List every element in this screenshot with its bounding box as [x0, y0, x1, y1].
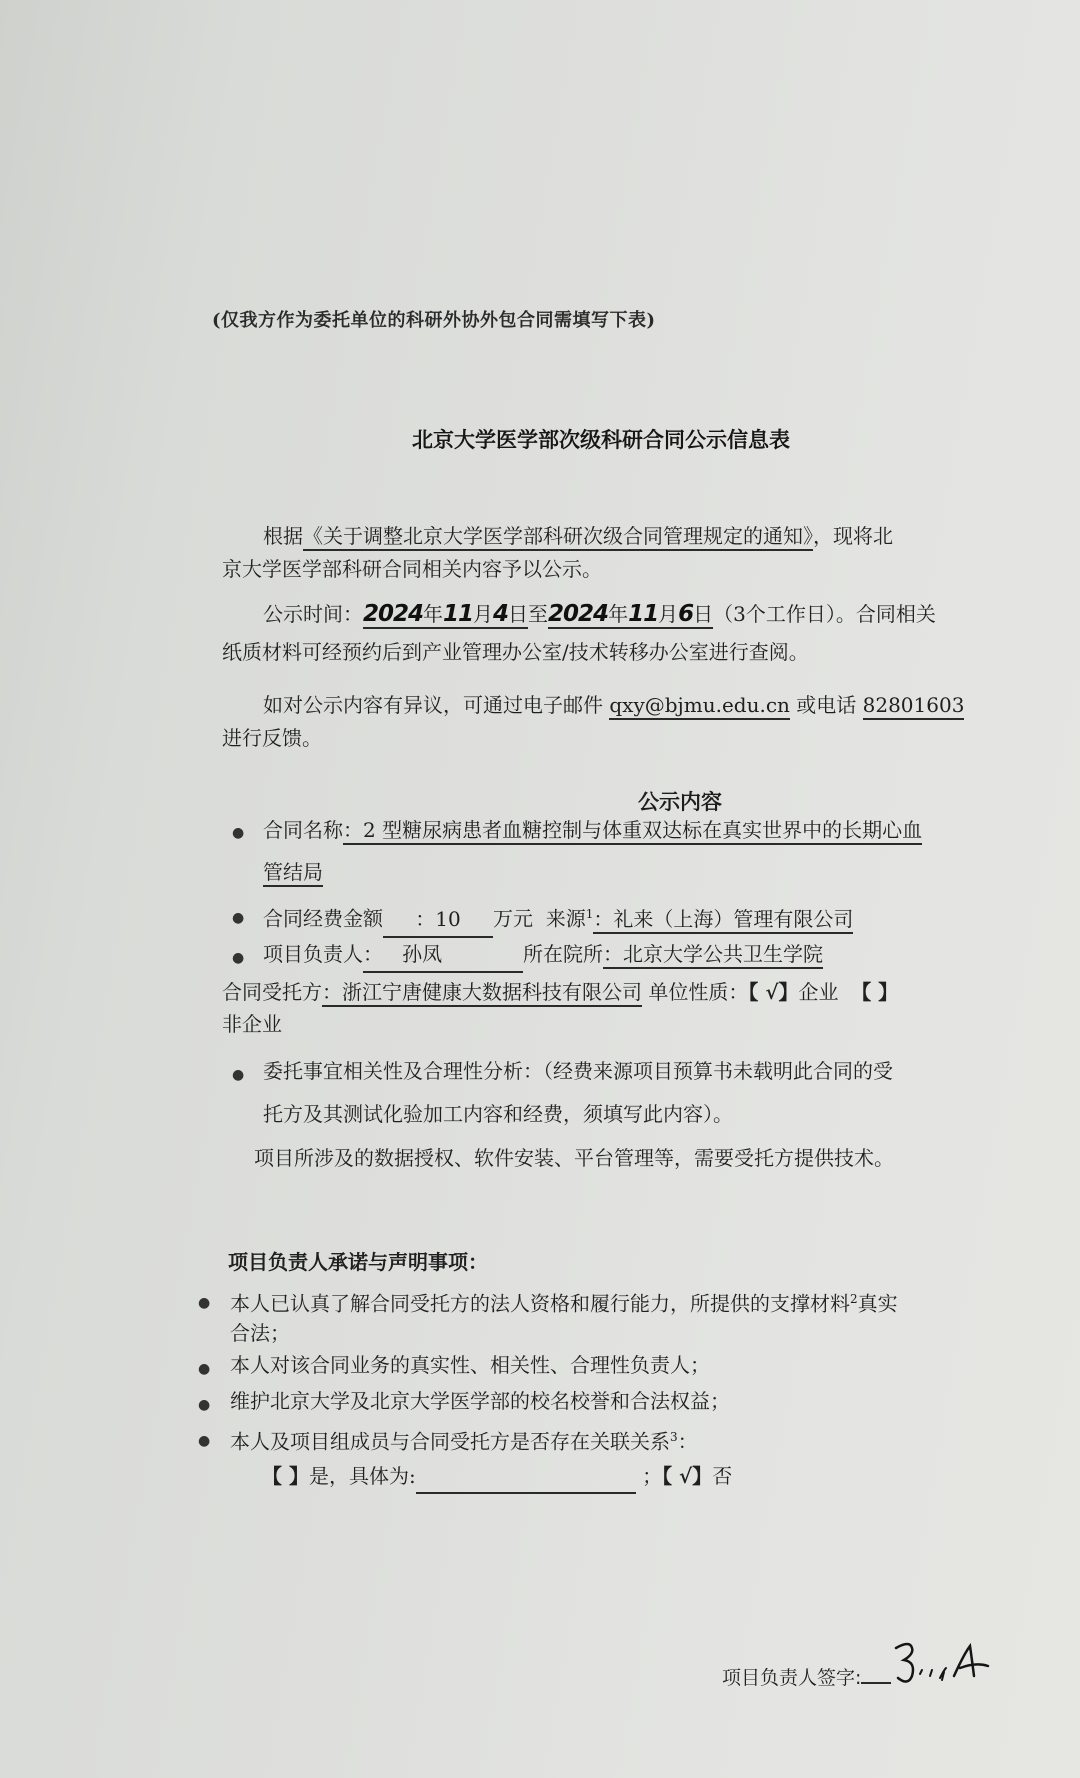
- commitments-title: 项目负责人承诺与声明事项：: [228, 1246, 488, 1278]
- feedback-email[interactable]: qxy@bjmu.edu.cn: [609, 693, 790, 720]
- bullet-icon: ●: [198, 1361, 210, 1377]
- fill-instruction-note: (仅我方作为委托单位的科研外协外包合同需填写下表): [212, 306, 656, 332]
- relation-no-checkbox[interactable]: 【 √】: [662, 1464, 712, 1488]
- analysis-text: 项目所涉及的数据授权、软件安装、平台管理等，需要受托方提供技术。: [254, 1142, 894, 1174]
- relation-line: 【 】是，具体为: ；【 √】否: [262, 1460, 732, 1494]
- commitment-item-4: 本人及项目组成员与合同受托方是否存在关联关系3：: [230, 1421, 698, 1458]
- trustee-line: 合同受托方：浙江宁唐健康大数据科技有限公司 单位性质：【 √】企业 【 】: [222, 976, 898, 1008]
- document-page: (仅我方作为委托单位的科研外协外包合同需填写下表) 北京大学医学部次级科研合同公…: [0, 0, 1080, 1778]
- period-end-date: 2024年11月6日: [548, 602, 713, 629]
- funding-source-value: ：礼来（上海）管理有限公司: [593, 907, 853, 934]
- bullet-icon: ●: [198, 1433, 210, 1449]
- contract-name-value: ：2 型糖尿病患者血糖控制与体重双达标在真实世界中的长期心血: [343, 818, 922, 845]
- commitment-item-1: 本人已认真了解合同受托方的法人资格和履行能力，所提供的支撑材料2真实: [230, 1283, 898, 1320]
- contract-name-line-1: 合同名称：2 型糖尿病患者血糖控制与体重双达标在真实世界中的长期心血: [263, 814, 922, 846]
- period-line-1: 公示时间：2024年11月4日至2024年11月6日（3个工作日）。合同相关: [263, 598, 936, 630]
- intro-line-2: 京大学医学部科研合同相关内容予以公示。: [222, 553, 602, 585]
- regulation-title: 《关于调整北京大学医学部科研次级合同管理规定的通知》: [303, 524, 813, 551]
- pi-name-value: 孙凤: [402, 942, 442, 966]
- commitment-item-3: 维护北京大学及北京大学医学部的校名校誉和合法权益；: [230, 1385, 730, 1417]
- commitment-item-2: 本人对该合同业务的真实性、相关性、合理性负责人；: [230, 1349, 710, 1381]
- bullet-icon: ●: [232, 950, 244, 966]
- signature-line: 项目负责人签字:: [722, 1662, 891, 1694]
- trustee-value: ：浙江宁唐健康大数据科技有限公司: [322, 980, 642, 1007]
- bullet-icon: ●: [198, 1397, 210, 1413]
- bullet-icon: ●: [232, 910, 244, 926]
- institute-value: ：北京大学公共卫生学院: [603, 942, 823, 969]
- enterprise-checkbox[interactable]: 【 √】: [748, 980, 798, 1004]
- analysis-line-1: 委托事宜相关性及合理性分析：（经费来源项目预算书未载明此合同的受: [263, 1055, 893, 1087]
- contract-name-line-2: 管结局: [263, 856, 323, 888]
- feedback-phone: 82801603: [863, 693, 965, 720]
- page-title: 北京大学医学部次级科研合同公示信息表: [412, 424, 790, 454]
- pi-line: 项目负责人： 孙凤所在院所：北京大学公共卫生学院: [263, 938, 823, 973]
- contract-amount-value: 10: [435, 907, 460, 931]
- non-enterprise-label: 非企业: [222, 1008, 282, 1040]
- handwritten-signature: [892, 1640, 1002, 1690]
- non-enterprise-checkbox[interactable]: 【 】: [851, 980, 898, 1004]
- intro-line-1: 根据《关于调整北京大学医学部科研次级合同管理规定的通知》，现将北: [263, 520, 893, 552]
- commitment-item-1-cont: 合法；: [230, 1317, 290, 1349]
- bullet-icon: ●: [232, 825, 244, 841]
- relation-yes-checkbox[interactable]: 【 】: [262, 1464, 309, 1488]
- section-title: 公示内容: [638, 786, 722, 816]
- feedback-line-1: 如对公示内容有异议，可通过电子邮件 qxy@bjmu.edu.cn 或电话 82…: [263, 689, 964, 721]
- contract-amount-line: 合同经费金额：10万元 来源1：礼来（上海）管理有限公司: [263, 898, 853, 938]
- feedback-line-2: 进行反馈。: [222, 722, 322, 754]
- period-start-date: 2024年11月4日: [363, 602, 528, 629]
- bullet-icon: ●: [198, 1295, 210, 1311]
- bullet-icon: ●: [232, 1067, 244, 1083]
- analysis-line-2: 托方及其测试化验加工内容和经费，须填写此内容）。: [263, 1098, 733, 1130]
- relation-detail-field[interactable]: [416, 1460, 636, 1494]
- period-line-2: 纸质材料可经预约后到产业管理办公室/技术转移办公室进行查阅。: [222, 636, 809, 668]
